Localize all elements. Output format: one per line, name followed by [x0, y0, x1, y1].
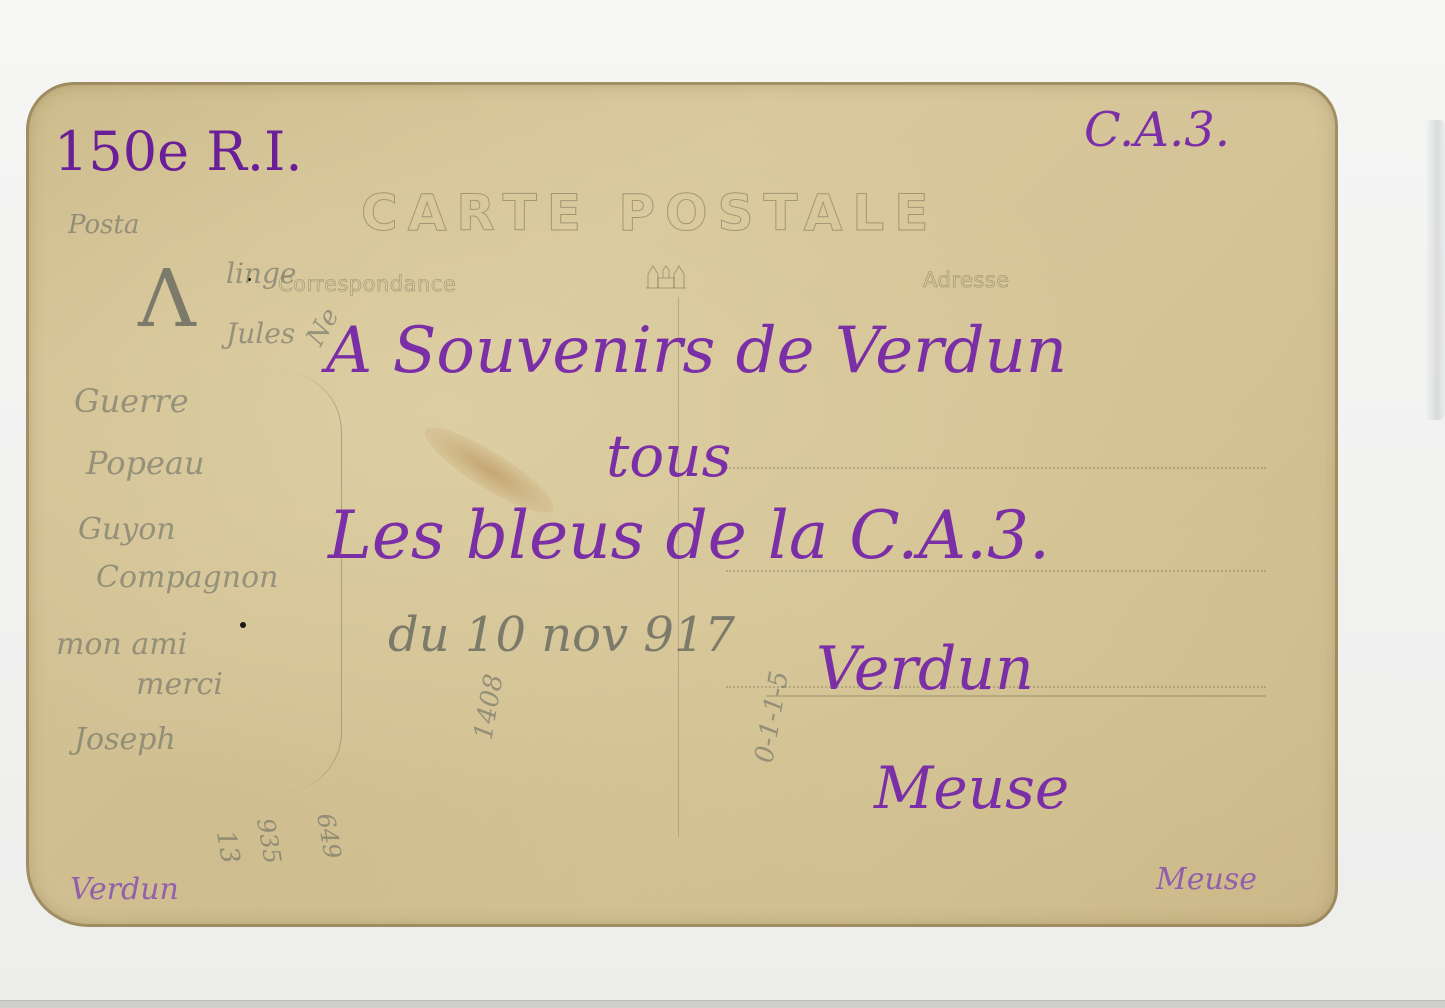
ink-unit-mark: C.A.3. — [1084, 102, 1230, 158]
pencil-note: Guyon — [78, 512, 176, 547]
pencil-curve-stroke — [281, 372, 342, 792]
ink-address-region: Meuse — [874, 754, 1069, 822]
pencil-vertical-number: 0-1-1-5 — [749, 669, 795, 765]
ink-message-line-3: Les bleus de la C.A.3. — [328, 497, 1050, 574]
pencil-note: Jules — [226, 317, 295, 350]
ink-message-line-2: tous — [606, 422, 731, 490]
pencil-note: Joseph — [74, 722, 176, 757]
pencil-note: Compagnon — [96, 560, 278, 595]
ink-message-line-1: A Souvenirs de Verdun — [326, 314, 1067, 388]
pencil-number: 935 — [251, 816, 287, 866]
pencil-note: mon ami — [56, 627, 187, 662]
pencil-note-posta: Posta — [68, 210, 139, 240]
pencil-date-line: du 10 nov 917 — [388, 607, 735, 663]
pencil-vertical-number: 1408 — [469, 672, 510, 742]
background-shadow — [1425, 120, 1445, 420]
ink-corner-meuse: Meuse — [1156, 862, 1257, 897]
scanner-edge — [0, 1000, 1445, 1008]
pencil-note: Popeau — [86, 444, 205, 482]
pencil-number: 13 — [210, 828, 245, 866]
pencil-note: Guerre — [74, 382, 189, 420]
printed-label-adresse: Adresse — [923, 268, 1010, 292]
pencil-note: linge — [226, 257, 296, 290]
ink-regiment-mark: 150e R.I. — [54, 120, 303, 183]
ink-speck — [240, 622, 246, 628]
scanned-page: CARTE POSTALE Correspondance Adresse Pos… — [0, 0, 1445, 1008]
postcard-back: CARTE POSTALE Correspondance Adresse Pos… — [26, 82, 1338, 927]
ink-address-city: Verdun — [816, 634, 1034, 704]
ink-corner-verdun: Verdun — [70, 872, 179, 907]
pencil-note: merci — [136, 667, 223, 702]
printed-title: CARTE POSTALE — [361, 184, 938, 242]
castle-emblem-icon — [644, 260, 688, 290]
address-line — [726, 467, 1266, 470]
printed-label-correspondance: Correspondance — [278, 272, 456, 296]
pencil-number: 649 — [311, 811, 347, 861]
pencil-arrow-mark: Λ — [138, 252, 196, 345]
